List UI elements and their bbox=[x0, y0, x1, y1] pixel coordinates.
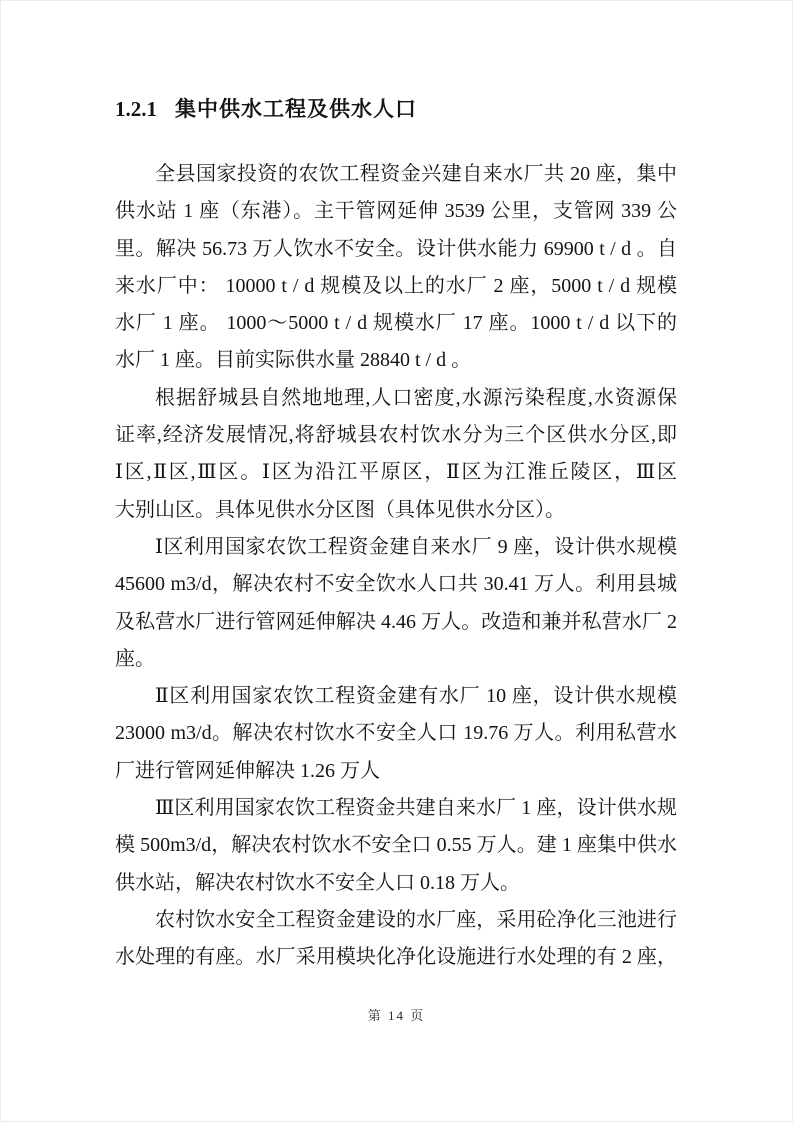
paragraph: Ⅲ区利用国家农饮工程资金共建自来水厂 1 座，设计供水规 模 500m3/d，解… bbox=[115, 790, 677, 902]
paragraph-line: 里。解决 56.73 万人饮水不安全。设计供水能力 69900 t / d 。自 bbox=[115, 231, 677, 268]
paragraph-line: 农村饮水安全工程资金建设的水厂座，采用砼净化三池进行 bbox=[115, 902, 677, 939]
paragraph-line: Ⅱ区利用国家农饮工程资金建有水厂 10 座，设计供水规模 bbox=[115, 678, 677, 715]
paragraph-line: 供水站 1 座（东港）。主干管网延伸 3539 公里，支管网 339 公 bbox=[115, 193, 677, 230]
paragraph-line: 水厂 1 座。目前实际供水量 28840 t / d 。 bbox=[115, 342, 677, 379]
paragraph: 全县国家投资的农饮工程资金兴建自来水厂共 20 座，集中 供水站 1 座（东港）… bbox=[115, 156, 677, 380]
paragraph-line: 45600 m3/d，解决农村不安全饮水人口共 30.41 万人。利用县城 bbox=[115, 566, 677, 603]
paragraph-line: 证率,经济发展情况,将舒城县农村饮水分为三个区供水分区,即 bbox=[115, 417, 677, 454]
paragraph: 农村饮水安全工程资金建设的水厂座，采用砼净化三池进行 水处理的有座。水厂采用模块… bbox=[115, 902, 677, 977]
paragraph-line: 全县国家投资的农饮工程资金兴建自来水厂共 20 座，集中 bbox=[115, 156, 677, 193]
paragraph-line: 23000 m3/d。解决农村饮水不安全人口 19.76 万人。利用私营水 bbox=[115, 715, 677, 752]
paragraph-line: 及私营水厂进行管网延伸解决 4.46 万人。改造和兼并私营水厂 2 bbox=[115, 604, 677, 641]
paragraph: Ⅰ区利用国家农饮工程资金建自来水厂 9 座，设计供水规模 45600 m3/d，… bbox=[115, 529, 677, 678]
document-body: 全县国家投资的农饮工程资金兴建自来水厂共 20 座，集中 供水站 1 座（东港）… bbox=[115, 156, 677, 977]
paragraph-line: Ⅰ区,Ⅱ区,Ⅲ区。Ⅰ区为沿江平原区，Ⅱ区为江淮丘陵区，Ⅲ区 bbox=[115, 454, 677, 491]
heading-title: 集中供水工程及供水人口 bbox=[175, 98, 417, 121]
paragraph: Ⅱ区利用国家农饮工程资金建有水厂 10 座，设计供水规模 23000 m3/d。… bbox=[115, 678, 677, 790]
paragraph-line: Ⅰ区利用国家农饮工程资金建自来水厂 9 座，设计供水规模 bbox=[115, 529, 677, 566]
paragraph: 根据舒城县自然地地理,人口密度,水源污染程度,水资源保 证率,经济发展情况,将舒… bbox=[115, 380, 677, 529]
paragraph-line: Ⅲ区利用国家农饮工程资金共建自来水厂 1 座，设计供水规 bbox=[115, 790, 677, 827]
paragraph-line: 来水厂中： 10000 t / d 规模及以上的水厂 2 座，5000 t / … bbox=[115, 268, 677, 305]
paragraph-line: 大别山区。具体见供水分区图（具体见供水分区）。 bbox=[115, 492, 677, 529]
heading-number: 1.2.1 bbox=[115, 97, 157, 121]
paragraph-line: 根据舒城县自然地地理,人口密度,水源污染程度,水资源保 bbox=[115, 380, 677, 417]
page-number: 第 14 页 bbox=[368, 1008, 426, 1023]
paragraph-line: 水厂 1 座。 1000～5000 t / d 规模水厂 17 座。1000 t… bbox=[115, 305, 677, 342]
paragraph-line: 水处理的有座。水厂采用模块化净化设施进行水处理的有 2 座， bbox=[115, 939, 677, 976]
document-page: 1.2.1集中供水工程及供水人口 全县国家投资的农饮工程资金兴建自来水厂共 20… bbox=[0, 0, 793, 1122]
section-heading: 1.2.1集中供水工程及供水人口 bbox=[115, 93, 417, 123]
paragraph-line: 座。 bbox=[115, 641, 677, 678]
paragraph-line: 供水站，解决农村饮水不安全人口 0.18 万人。 bbox=[115, 865, 677, 902]
page-footer: 第 14 页 bbox=[0, 1005, 793, 1024]
paragraph-line: 模 500m3/d，解决农村饮水不安全口 0.55 万人。建 1 座集中供水 bbox=[115, 827, 677, 864]
paragraph-line: 厂进行管网延伸解决 1.26 万人 bbox=[115, 753, 677, 790]
